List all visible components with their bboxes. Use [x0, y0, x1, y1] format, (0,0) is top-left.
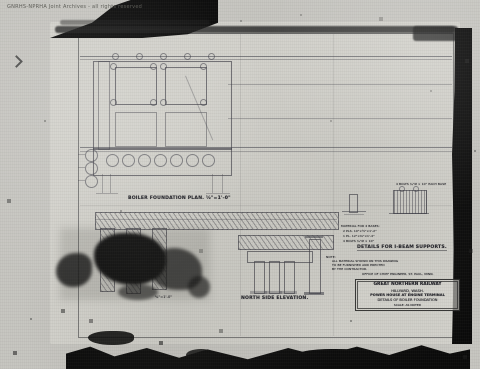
column: [284, 261, 295, 294]
anchor-bolt: [160, 99, 167, 106]
rail-clip: [136, 53, 143, 60]
materials-list-line: 4 BOLTS ¾"Ø × 10": [343, 239, 374, 243]
title-block-inner: GREAT NORTHERN RAILWAY HILLYARD, WASH. P…: [357, 281, 458, 309]
anchor-bolt: [150, 99, 157, 106]
fold-crease: [240, 34, 241, 336]
scan-bottom-band: [66, 341, 470, 369]
materials-list-line: 1 PL. 12"×⅜"×1'-4": [343, 234, 375, 238]
elevation-scale: ¾"=1'-0": [155, 295, 172, 299]
elevation-caption: NORTH SIDE ELEVATION.: [241, 296, 308, 301]
rail-clip: [112, 53, 119, 60]
anchor-bolt: [110, 63, 117, 70]
note-line: BY THE CONTRACTOR.: [332, 267, 367, 271]
scan-artifact-blob: [296, 349, 384, 365]
foundation-bolt: [106, 154, 119, 167]
margin-check-mark: [10, 55, 23, 68]
ink-stain: [188, 276, 210, 298]
scan-artifact-blob: [186, 349, 216, 361]
scan-artifact-blob: [88, 331, 134, 345]
title-block-scale: SCALE: AS NOTED: [394, 304, 421, 307]
anchor-bolt: [160, 63, 167, 70]
drawing-line: [80, 59, 452, 60]
detail-base-line: [389, 213, 429, 214]
materials-list-line: 2 PLS. 10"×½"×1'-2": [343, 229, 377, 233]
detail-base-line: [342, 211, 366, 212]
foundation-bolt: [170, 154, 183, 167]
rail-clip: [184, 53, 191, 60]
detail-bolt: [413, 186, 419, 192]
sheet-edge-smudge: [55, 26, 455, 33]
rail-clip: [160, 53, 167, 60]
plan-wall: [98, 61, 110, 150]
title-block-file-note: OFFICE OF CHIEF ENGINEER, ST. PAUL, MINN…: [362, 272, 434, 276]
title-block-company: GREAT NORTHERN RAILWAY: [373, 283, 441, 287]
pier-footing: [96, 193, 118, 194]
foundation-bolt: [202, 154, 215, 167]
materials-list-line: MATERIAL FOR 4 BASES:: [341, 224, 380, 228]
ink-stain: [118, 284, 158, 300]
foundation-bolt: [122, 154, 135, 167]
column-cap: [305, 236, 323, 238]
foundation-bolt: [154, 154, 167, 167]
fold-crease: [333, 34, 334, 336]
anchor-bolt: [200, 63, 207, 70]
column: [269, 261, 280, 294]
column-foot: [280, 291, 297, 294]
foundation-bolt: [186, 154, 199, 167]
drawing-line: [228, 118, 452, 119]
pier-footing: [206, 193, 230, 194]
details-caption: DETAILS FOR I-BEAM SUPPORTS.: [357, 245, 447, 251]
anchor-bolt: [200, 99, 207, 106]
detail-base-line: [344, 214, 364, 215]
anchor-bolt: [110, 99, 117, 106]
column: [254, 261, 265, 294]
dust-specks: [0, 0, 2, 2]
tall-column: [309, 239, 321, 294]
bolt-stem: [78, 154, 85, 155]
pier-line: [222, 174, 223, 193]
pier-line: [212, 174, 213, 193]
title-block: GREAT NORTHERN RAILWAY HILLYARD, WASH. P…: [355, 279, 460, 311]
pier-line: [110, 174, 111, 193]
archive-watermark: GNRHS-NPRHA Joint Archives - all rights …: [7, 4, 142, 10]
plan-pad: [165, 112, 207, 147]
plan-caption: BOILER FOUNDATION PLAN. ½"=1'-0": [128, 196, 231, 201]
plan-caption-text: BOILER FOUNDATION PLAN.: [128, 196, 204, 201]
scanned-blueprint-page: GNRHS-NPRHA Joint Archives - all rights …: [0, 0, 480, 369]
foundation-bolt: [138, 154, 151, 167]
title-block-subtitle: DETAILS OF BOILER FOUNDATION: [377, 299, 437, 303]
bolt-stem: [78, 167, 85, 168]
anchor-bolt: [150, 63, 157, 70]
drawing-line: [228, 84, 452, 85]
sheet-edge-smudge: [60, 20, 210, 25]
detail-bolt: [399, 186, 405, 192]
hex-bolt: [85, 162, 98, 175]
hex-bolt: [85, 175, 98, 188]
plan-scale-text: ½"=1'-0": [206, 196, 231, 201]
scan-artifact-blob: [413, 26, 458, 41]
pier-line: [102, 174, 103, 193]
drawing-line: [95, 219, 337, 220]
detail-bolt-note: 4 BOLTS ¾"Ø × 10" EACH BASE: [396, 182, 446, 186]
bolt-stem: [78, 180, 85, 181]
detail-base-plate: [393, 190, 427, 214]
column-foot: [304, 292, 324, 295]
hex-bolt: [85, 149, 98, 162]
rail-clip: [208, 53, 215, 60]
plan-pad: [115, 112, 157, 147]
ink-stain: [56, 253, 92, 287]
